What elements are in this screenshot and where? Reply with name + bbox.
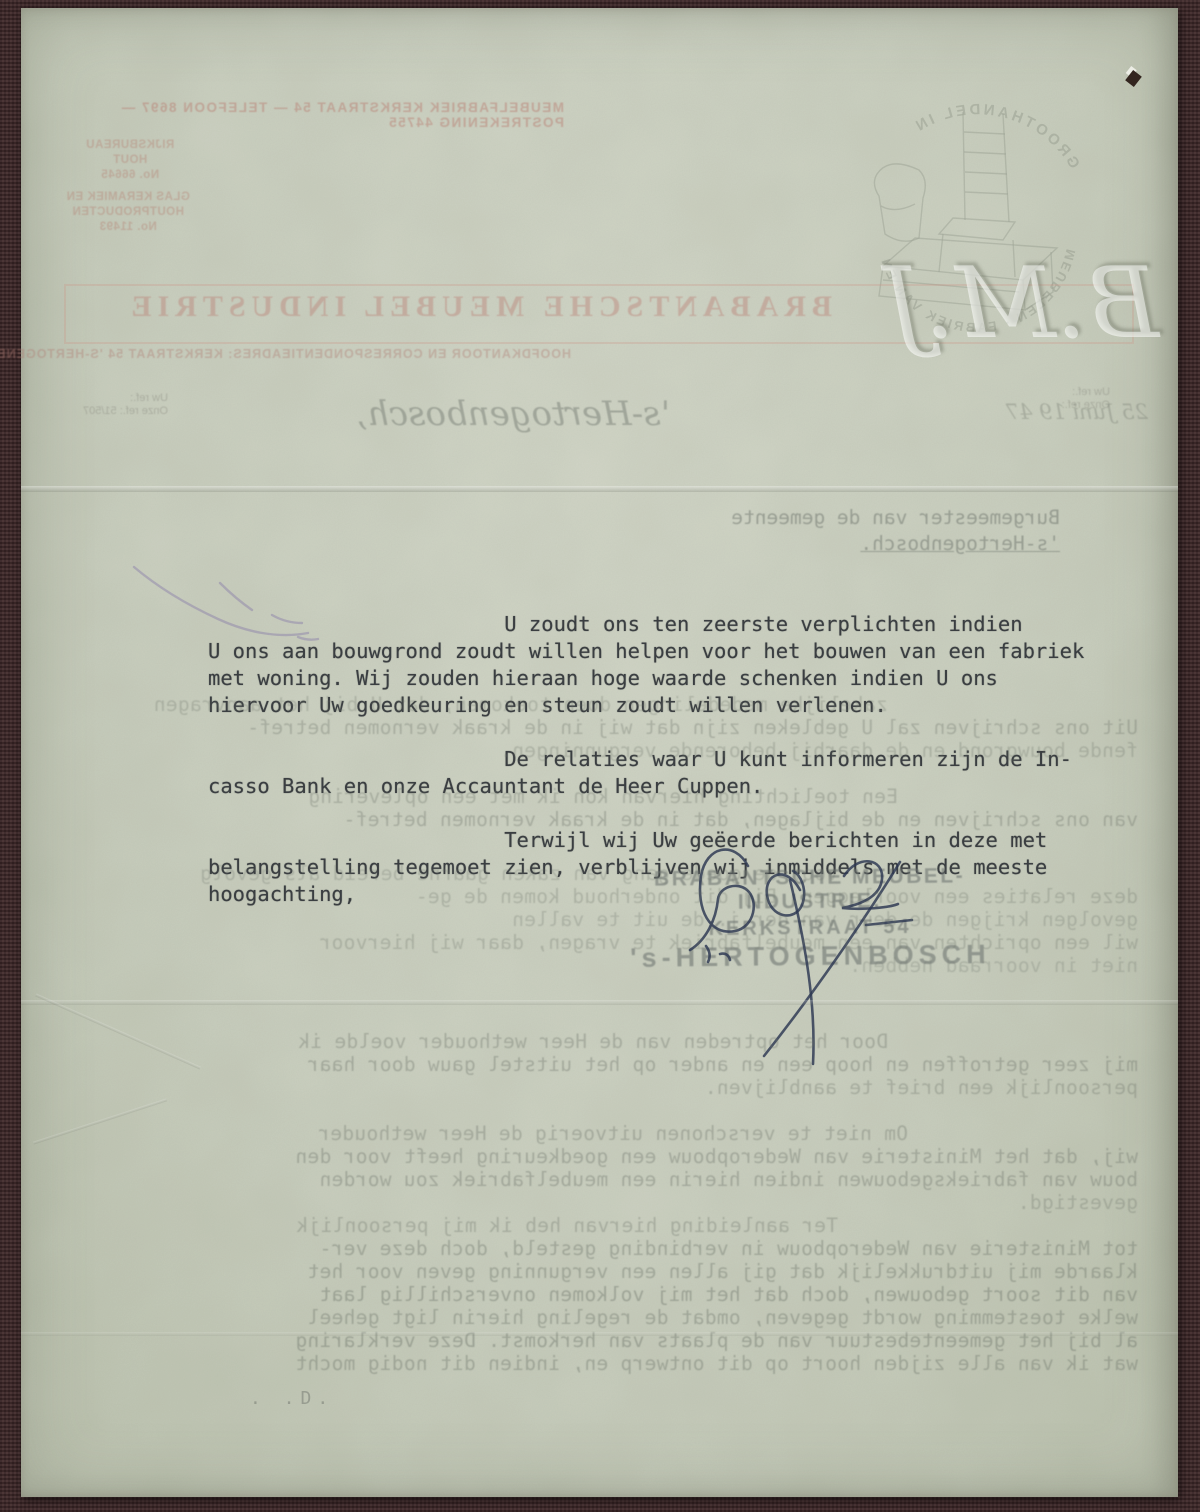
- bleedthrough-line: tot Ministerie van Wederopbouw in verbin…: [95, 1237, 1138, 1260]
- embossed-monogram: B.M.J: [840, 246, 1160, 376]
- bleedthrough-refs-left: Uw ref.: Onze ref.: 51/507: [58, 392, 168, 418]
- bleedthrough-line: voor de goede gang van zaken gaarne bere…: [95, 862, 1138, 885]
- bleedthrough-line: mij zeer getroffen en hoop een en ander …: [95, 1053, 1138, 1076]
- bleedthrough-line: niet in voorraad hebben.: [95, 954, 1138, 977]
- bleedthrough-line: van dit soort gebouwen, doch dat het mij…: [95, 1283, 1138, 1306]
- bleedthrough-line: wil een oprichten van een meubelfabriek …: [95, 931, 1138, 954]
- bleedthrough-line: wij, dat het Ministerie van Wederopbouw …: [95, 1145, 1138, 1168]
- bleedthrough-letterhead-topline: MEUBELFABRIEK KERKSTRAAT 54 — TELEFOON 8…: [64, 100, 564, 130]
- bleedthrough-line: klaarde mij uitdrukkelijk dat gij allen …: [95, 1260, 1138, 1283]
- bleedthrough-subtitle: HOOFDKANTOOR EN CORRESPONDENTIEADRES: KE…: [66, 347, 571, 361]
- typed-dots-mark: . .D.: [250, 1388, 334, 1409]
- svg-text:GROOTHANDEL IN: GROOTHANDEL IN: [910, 101, 1083, 172]
- bleedthrough-line: Ter aanleiding hiervan heb ik mij persoo…: [95, 1214, 1138, 1237]
- bleedthrough-company-title: BRABANTSCHE MEUBEL INDUSTRIE: [96, 290, 832, 324]
- bleedthrough-addressee: Burgemeester van de gemeente 's-Hertogen…: [635, 505, 1060, 557]
- scanned-letter-photo: { "document": { "kind": "Typewritten Dut…: [0, 0, 1200, 1512]
- bleedthrough-line: Uit ons schrijven zal U gebleken zijn da…: [95, 716, 1138, 739]
- bleedthrough-line: Om niet te verschonen uitvoerig de Heer …: [95, 1122, 1138, 1145]
- bleedthrough-date-script: 25 Juni 19 47: [1008, 400, 1148, 424]
- bleedthrough-left-block-1: RIJKSBUREAU HOUT No. 66645: [70, 138, 190, 183]
- bleedthrough-line: al bij het gemeentebestuur van de plaats…: [95, 1329, 1138, 1352]
- bleedthrough-left-block-2: GLAS KERAMIEK EN HOUTPRODUCTEN No. 11493: [62, 190, 194, 235]
- bleedthrough-line: bouw van fabrieksgebouwen indien hierin …: [95, 1168, 1138, 1191]
- bleedthrough-line: wat ik van alle zijden hoort op dit ontw…: [95, 1352, 1138, 1375]
- bleedthrough-line: welke toestemming wordt gegeven, omdat d…: [95, 1306, 1138, 1329]
- bleedthrough-city-script: 's-Hertogenbosch,: [350, 394, 670, 434]
- bleedthrough-body: zakelijke mededelingen doen toekomen, da…: [95, 693, 1138, 1375]
- bleedthrough-line: gevestigd.: [95, 1191, 1138, 1214]
- bleedthrough-line: persoonlijk een brief te aanblijven.: [95, 1076, 1138, 1099]
- bleedthrough-addressee-line1: Burgemeester van de gemeente: [635, 505, 1060, 531]
- bleedthrough-line: van ons schrijven en de bijlagen, dat in…: [95, 808, 1138, 831]
- bleedthrough-line: fende bouwgrond en de daarbij behorende …: [95, 739, 1138, 762]
- bleedthrough-line: Door het optreden van de Heer wethouder …: [95, 1030, 1138, 1053]
- bleedthrough-line: zakelijke mededelingen doen toekomen, da…: [95, 693, 1138, 716]
- bleedthrough-line: Een toelichting hiervan kon ik met een o…: [95, 785, 1138, 808]
- bleedthrough-line: deze relaties een voorleggen. Bij dit on…: [95, 885, 1138, 908]
- bleedthrough-line: gevolgen krijgen de deur van der j. de u…: [95, 908, 1138, 931]
- bleedthrough-addressee-line2: 's-Hertogenbosch.: [635, 531, 1060, 557]
